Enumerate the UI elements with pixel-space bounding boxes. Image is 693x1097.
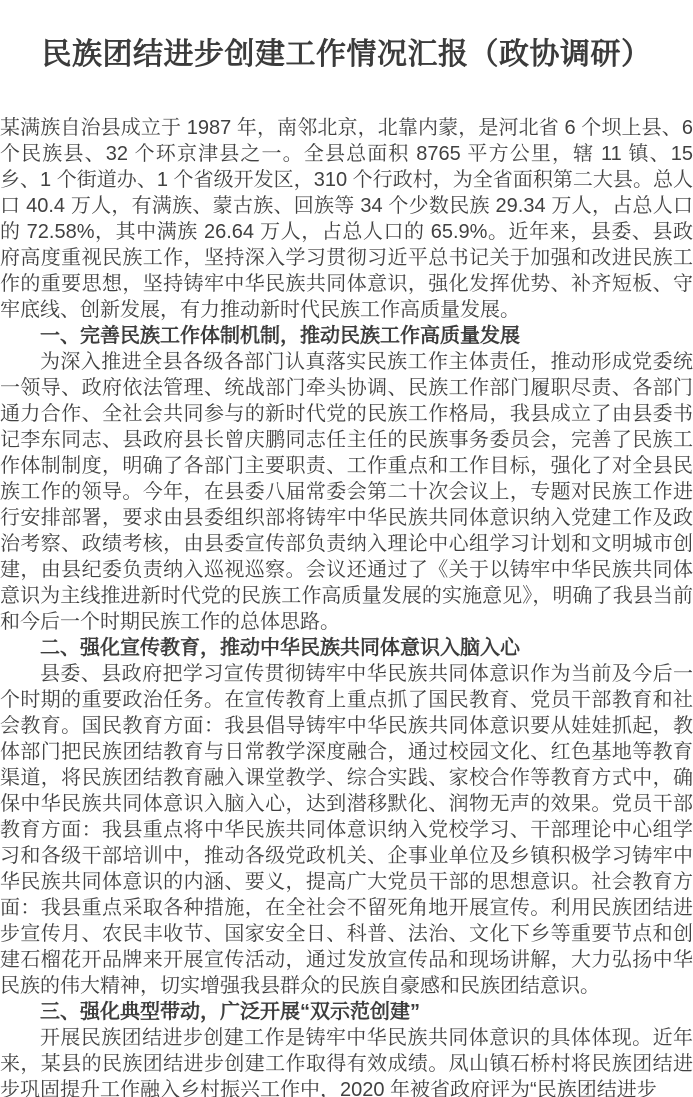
paragraph-section-1-body: 为深入推进全县各级各部门认真落实民族工作主体责任，推动形成党委统一领导、政府依法…: [0, 349, 693, 635]
document-title: 民族团结进步创建工作情况汇报（政协调研）: [0, 0, 693, 73]
paragraph-section-3-body: 开展民族团结进步创建工作是铸牢中华民族共同体意识的具体体现。近年来，某县的民族团…: [0, 1025, 693, 1097]
section-heading-3: 三、强化典型带动，广泛开展“双示范创建”: [0, 999, 693, 1025]
document-page: 民族团结进步创建工作情况汇报（政协调研） 某满族自治县成立于 1987 年，南邻…: [0, 0, 693, 1097]
document-body: 某满族自治县成立于 1987 年，南邻北京，北靠内蒙，是河北省 6 个坝上县、6…: [0, 115, 693, 1097]
section-heading-2: 二、强化宣传教育，推动中华民族共同体意识入脑入心: [0, 635, 693, 661]
section-heading-1: 一、完善民族工作体制机制，推动民族工作高质量发展: [0, 323, 693, 349]
paragraph-county-overview: 某满族自治县成立于 1987 年，南邻北京，北靠内蒙，是河北省 6 个坝上县、6…: [0, 115, 693, 323]
paragraph-section-2-body: 县委、县政府把学习宣传贯彻铸牢中华民族共同体意识作为当前及今后一个时期的重要政治…: [0, 661, 693, 999]
